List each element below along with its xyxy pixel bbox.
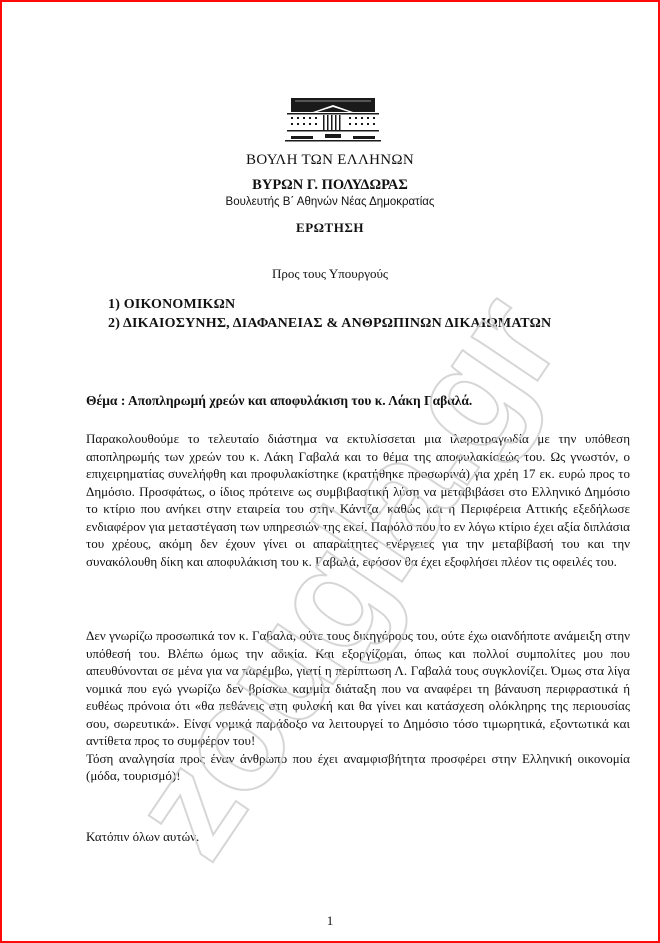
subject-line: Θέμα : Αποπληρωμή χρεών και αποφυλάκιση …: [86, 393, 472, 409]
addressee-label: Προς τους Υπουργούς: [0, 266, 660, 282]
closing-line: Κατόπιν όλων αυτών.: [86, 829, 199, 845]
body-paragraph: Παρακολουθούμε το τελευταίο διάστημα να …: [86, 430, 630, 570]
mp-name: ΒΥΡΩΝ Γ. ΠΟΛΥΔΩΡΑΣ: [0, 177, 660, 194]
body-paragraph: Δεν γνωρίζω προσωπικά τον κ. Γαβαλά, ούτ…: [86, 627, 630, 785]
institution-name: ΒΟΥΛΗ ΤΩΝ ΕΛΛΗΝΩΝ: [0, 152, 660, 169]
parliament-building-icon: [283, 96, 383, 144]
page-number: 1: [0, 913, 660, 929]
mp-role: Βουλευτής Β΄ Αθηνών Νέας Δημοκρατίας: [0, 196, 660, 208]
ministry-item: 2) ΔΙΚΑΙΟΣΥΝΗΣ, ΔΙΑΦΑΝΕΙΑΣ & ΑΝΘΡΩΠΙΝΩΝ …: [108, 316, 551, 332]
document-page: ΒΟΥΛΗ ΤΩΝ ΕΛΛΗΝΩΝ ΒΥΡΩΝ Γ. ΠΟΛΥΔΩΡΑΣ Βου…: [0, 0, 660, 943]
document-type: ΕΡΩΤΗΣΗ: [0, 220, 660, 236]
watermark: zougla.gr: [95, 267, 591, 887]
ministry-item: 1) ΟΙΚΟΝΟΜΙΚΩΝ: [108, 297, 235, 313]
